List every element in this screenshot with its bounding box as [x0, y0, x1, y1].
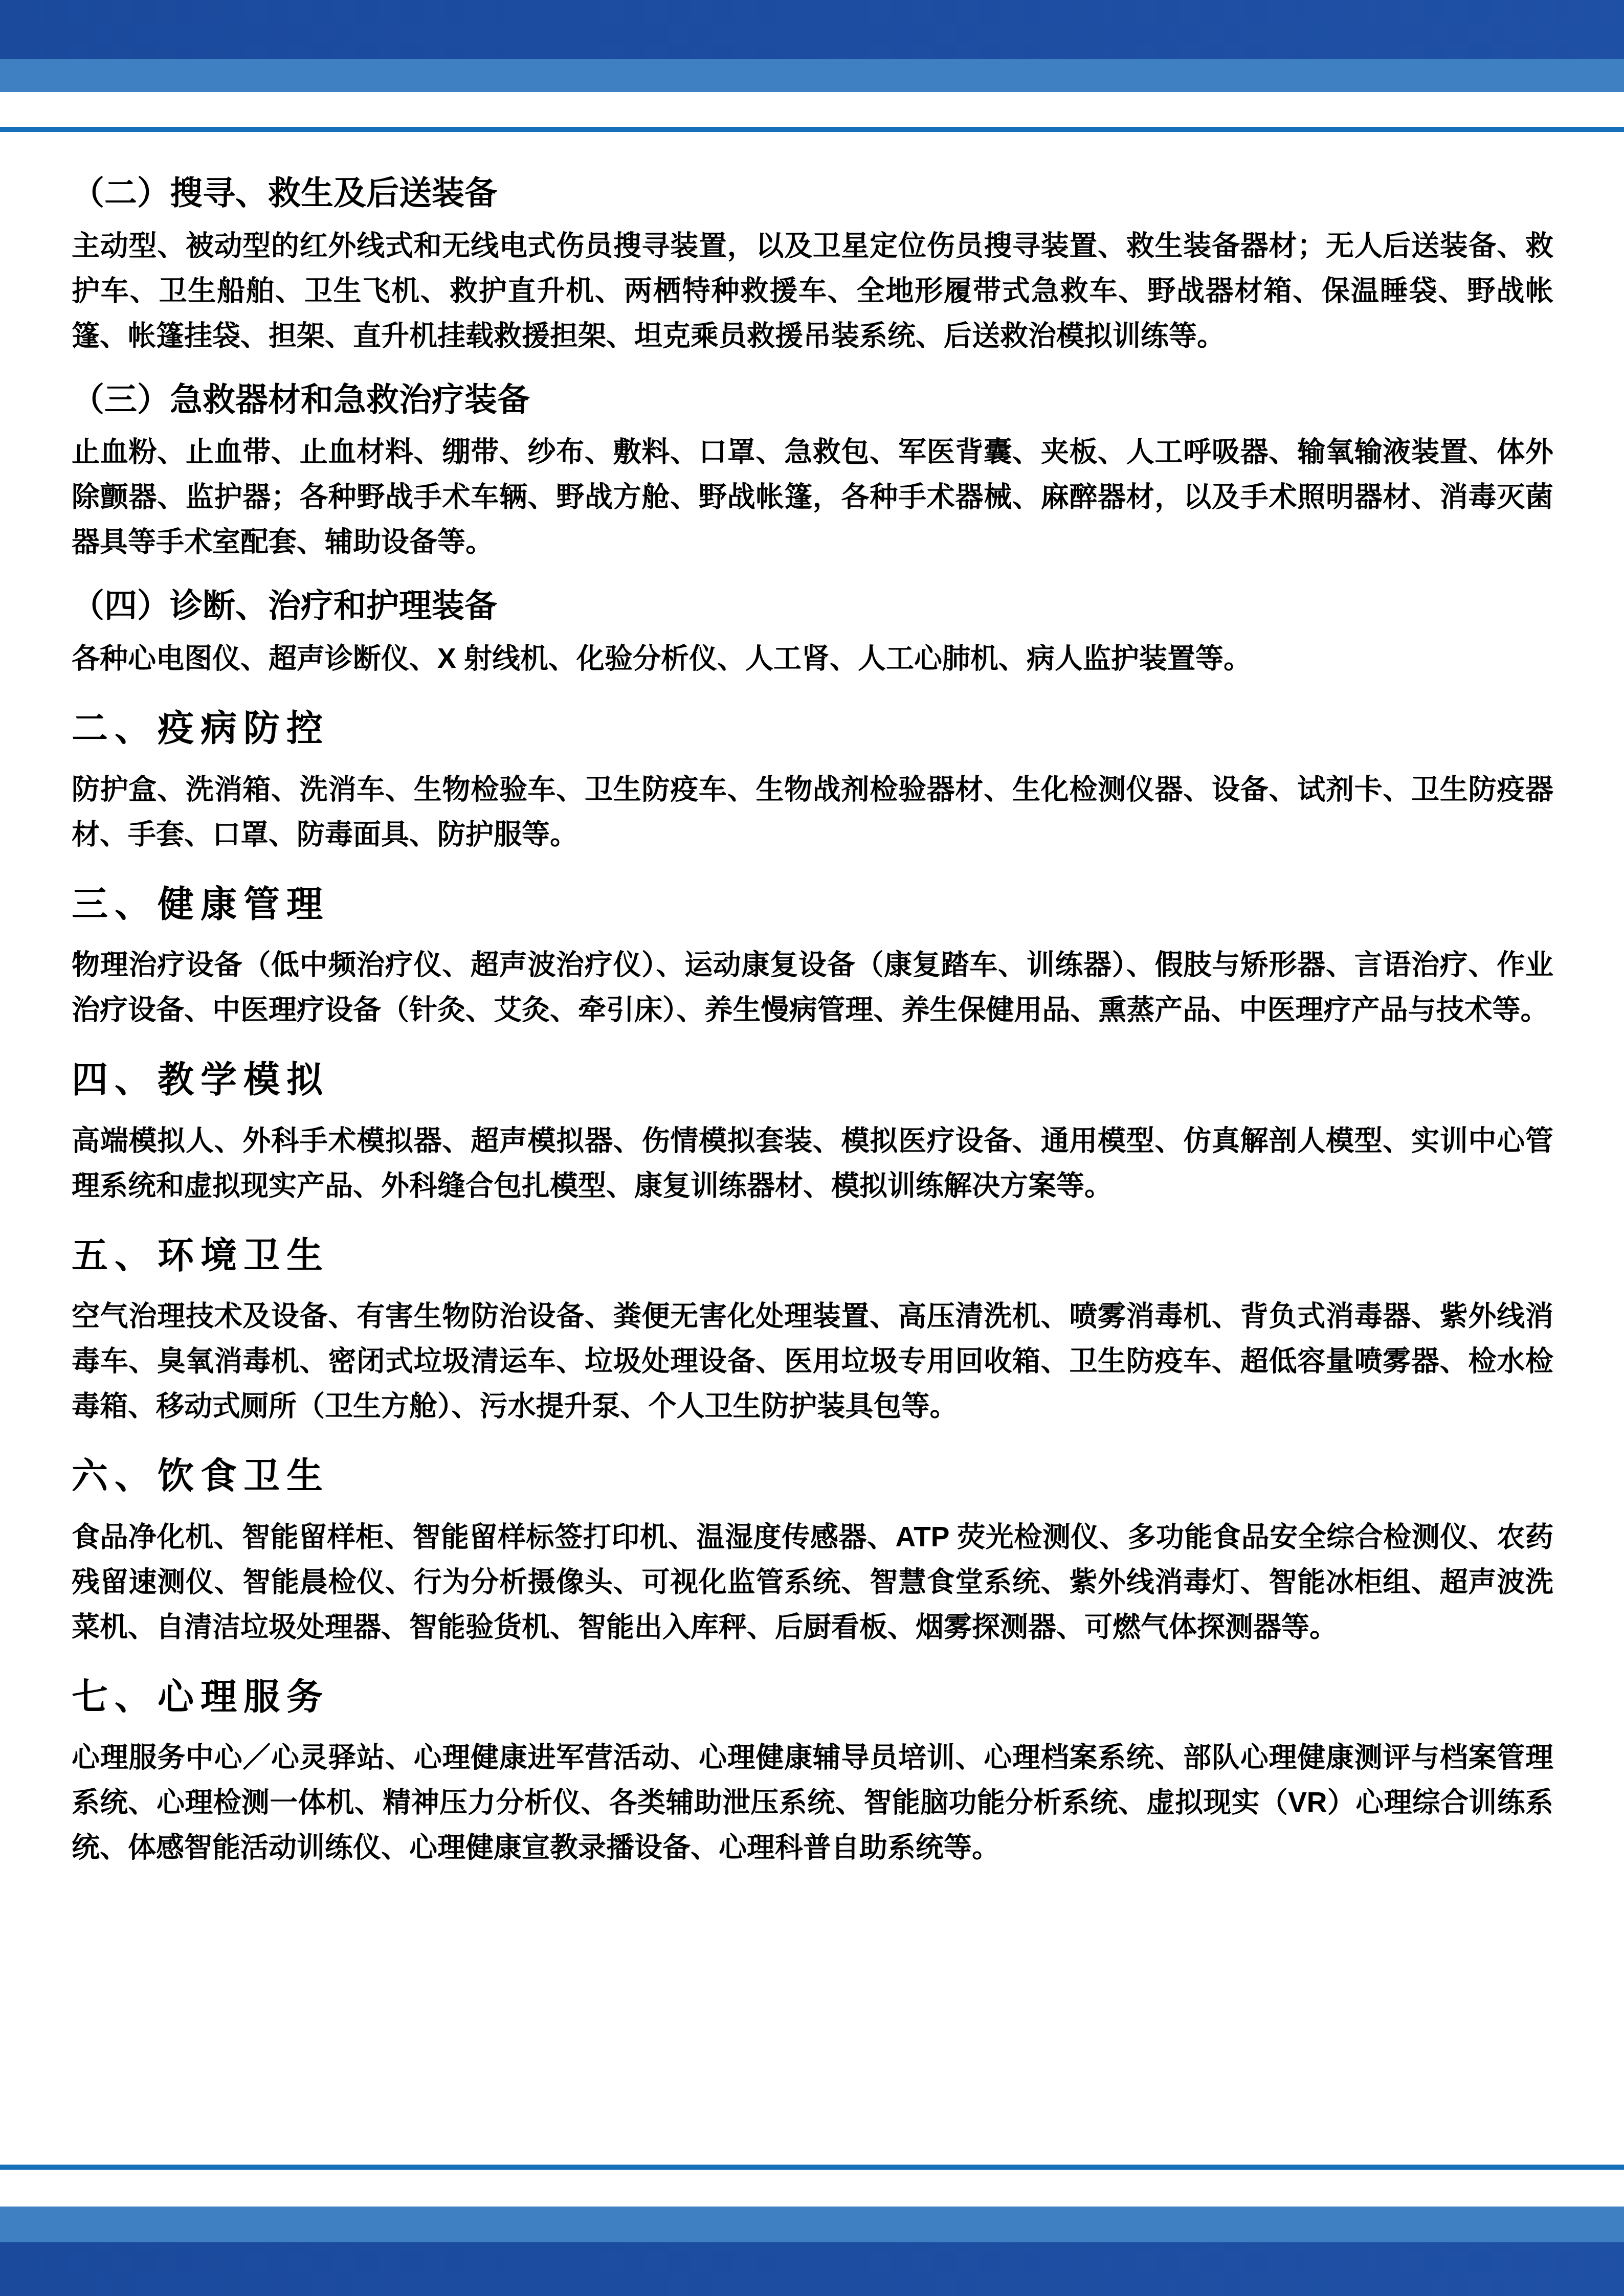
section-heading: 七、心理服务	[72, 1677, 1553, 1718]
section-heading: 四、教学模拟	[72, 1060, 1553, 1100]
footer-accent-line	[0, 2165, 1624, 2170]
section-paragraph: 物理治疗设备（低中频治疗仪、超声波治疗仪）、运动康复设备（康复踏车、训练器）、假…	[72, 942, 1553, 1032]
section-heading: 二、疫病防控	[72, 708, 1553, 749]
section-heading: 六、饮食卫生	[72, 1456, 1553, 1497]
section-heading: （四）诊断、治疗和护理装备	[72, 588, 1553, 624]
section-paragraph: 食品净化机、智能留样柜、智能留样标签打印机、温湿度传感器、ATP 荧光检测仪、多…	[72, 1514, 1553, 1649]
section-first-aid-equipment: （三）急救器材和急救治疗装备 止血粉、止血带、止血材料、绷带、纱布、敷料、口罩、…	[72, 381, 1553, 565]
section-search-rescue-evacuation: （二）搜寻、救生及后送装备 主动型、被动型的红外线式和无线电式伤员搜寻装置，以及…	[72, 175, 1553, 358]
page-content: （二）搜寻、救生及后送装备 主动型、被动型的红外线式和无线电式伤员搜寻装置，以及…	[72, 132, 1553, 2165]
section-health-management: 三、健康管理 物理治疗设备（低中频治疗仪、超声波治疗仪）、运动康复设备（康复踏车…	[72, 884, 1553, 1032]
section-paragraph: 高端模拟人、外科手术模拟器、超声模拟器、伤情模拟套装、模拟医疗设备、通用模型、仿…	[72, 1118, 1553, 1208]
section-environmental-hygiene: 五、环境卫生 空气治理技术及设备、有害生物防治设备、粪便无害化处理装置、高压清洗…	[72, 1235, 1553, 1429]
section-paragraph: 空气治理技术及设备、有害生物防治设备、粪便无害化处理装置、高压清洗机、喷雾消毒机…	[72, 1293, 1553, 1428]
section-heading: 五、环境卫生	[72, 1235, 1553, 1276]
header-band-dark	[0, 0, 1624, 59]
section-paragraph: 防护盒、洗消箱、洗消车、生物检验车、卫生防疫车、生物战剂检验器材、生化检测仪器、…	[72, 767, 1553, 857]
section-heading: 三、健康管理	[72, 884, 1553, 925]
section-paragraph: 心理服务中心／心灵驿站、心理健康进军营活动、心理健康辅导员培训、心理档案系统、部…	[72, 1735, 1553, 1870]
section-paragraph: 主动型、被动型的红外线式和无线电式伤员搜寻装置，以及卫星定位伤员搜寻装置、救生装…	[72, 223, 1553, 358]
section-food-hygiene: 六、饮食卫生 食品净化机、智能留样柜、智能留样标签打印机、温湿度传感器、ATP …	[72, 1456, 1553, 1649]
header-band-medium	[0, 59, 1624, 92]
section-teaching-simulation: 四、教学模拟 高端模拟人、外科手术模拟器、超声模拟器、伤情模拟套装、模拟医疗设备…	[72, 1060, 1553, 1208]
footer-band-white	[0, 2170, 1624, 2207]
document-page: （二）搜寻、救生及后送装备 主动型、被动型的红外线式和无线电式伤员搜寻装置，以及…	[0, 0, 1624, 2296]
header-band-white	[0, 92, 1624, 127]
section-epidemic-prevention: 二、疫病防控 防护盒、洗消箱、洗消车、生物检验车、卫生防疫车、生物战剂检验器材、…	[72, 708, 1553, 857]
footer-band-dark	[0, 2242, 1624, 2296]
section-heading: （三）急救器材和急救治疗装备	[72, 381, 1553, 418]
section-paragraph: 各种心电图仪、超声诊断仪、X 射线机、化验分析仪、人工肾、人工心肺机、病人监护装…	[72, 636, 1553, 681]
section-paragraph: 止血粉、止血带、止血材料、绷带、纱布、敷料、口罩、急救包、军医背囊、夹板、人工呼…	[72, 429, 1553, 564]
section-diagnosis-treatment-nursing: （四）诊断、治疗和护理装备 各种心电图仪、超声诊断仪、X 射线机、化验分析仪、人…	[72, 588, 1553, 681]
footer-band-medium	[0, 2207, 1624, 2242]
section-heading: （二）搜寻、救生及后送装备	[72, 175, 1553, 212]
page-footer-decoration	[0, 2165, 1624, 2296]
section-psychological-services: 七、心理服务 心理服务中心／心灵驿站、心理健康进军营活动、心理健康辅导员培训、心…	[72, 1677, 1553, 1870]
header-accent-line	[0, 127, 1624, 132]
page-header-decoration	[0, 0, 1624, 132]
